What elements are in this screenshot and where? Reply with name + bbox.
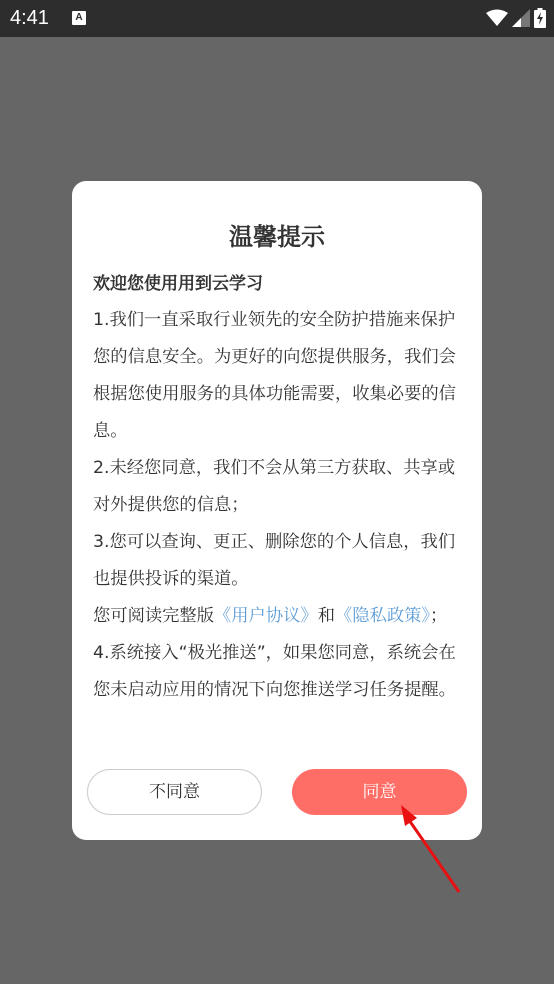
dialog-body: 1.我们一直采取行业领先的安全防护措施来保护您的信息安全。为更好的向您提供服务，…	[93, 302, 465, 709]
cell-signal-icon	[512, 9, 530, 27]
disagree-button[interactable]: 不同意	[87, 769, 262, 815]
wifi-icon	[486, 9, 508, 27]
status-time: 4:41	[10, 7, 49, 30]
read-full-suffix: ；	[430, 606, 447, 626]
status-bar: 4:41 A	[0, 0, 554, 37]
welcome-text: 欢迎您使用用到云学习	[93, 269, 263, 294]
paragraph-third-party: 2.未经您同意，我们不会从第三方获取、共享或对外提供您的信息；	[93, 450, 465, 524]
user-agreement-link[interactable]: 《用户协议》	[214, 606, 318, 626]
dialog-title: 温馨提示	[72, 217, 482, 252]
paragraph-rights: 3.您可以查询、更正、删除您的个人信息，我们也提供投诉的渠道。	[93, 524, 465, 598]
paragraph-push: 4.系统接入“极光推送”，如果您同意，系统会在您未启动应用的情况下向您推送学习任…	[93, 635, 465, 709]
annotation-arrow-icon	[395, 800, 465, 900]
paragraph-security: 1.我们一直采取行业领先的安全防护措施来保护您的信息安全。为更好的向您提供服务，…	[93, 302, 465, 450]
status-icons	[486, 8, 546, 28]
battery-charging-icon	[534, 8, 546, 28]
read-full-prefix: 您可阅读完整版	[93, 606, 214, 626]
privacy-dialog: 温馨提示 欢迎您使用用到云学习 1.我们一直采取行业领先的安全防护措施来保护您的…	[72, 181, 482, 840]
and-text: 和	[318, 606, 335, 626]
paragraph-read-full: 您可阅读完整版《用户协议》和《隐私政策》；	[93, 598, 465, 635]
privacy-policy-link[interactable]: 《隐私政策》	[335, 606, 430, 626]
notification-a-icon: A	[72, 11, 86, 25]
